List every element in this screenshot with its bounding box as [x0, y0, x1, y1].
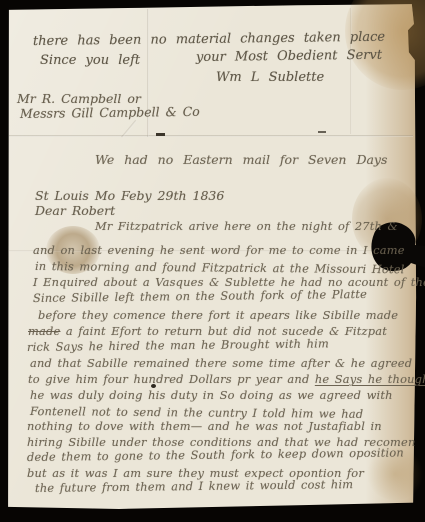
body-line: before they comence there fort it apears…: [38, 308, 398, 322]
struck-word: made: [28, 324, 60, 338]
body-line: nothing to dove with them— and he was no…: [27, 419, 382, 433]
body-line-with-strikeout: made a faint Efort to return but did not…: [28, 324, 387, 338]
fold-crease-vertical-right: [350, 8, 352, 134]
salutation: Dear Robert: [35, 203, 115, 218]
crease-tick-mark-left: [156, 133, 165, 136]
scanned-letter-photo: there has been no material changes taken…: [0, 0, 425, 522]
dateline: St Louis Mo Feby 29th 1836: [35, 188, 224, 203]
body-line-text: to give him four hundred Dollars pr year…: [28, 372, 315, 386]
body-line: he was duly doing his duty in So doing a…: [30, 388, 393, 402]
postscript-line-2: Since you left: [40, 53, 140, 68]
signature: Wm L Sublette: [216, 70, 324, 85]
underlined-phrase: he Says he thought: [315, 372, 425, 386]
body-line-with-underline: to give him four hundred Dollars pr year…: [28, 372, 425, 386]
body-line: Mr Fitzpatrick arive here on the night o…: [95, 219, 398, 233]
address-line-2: Messrs Gill Campbell & Co: [20, 104, 200, 121]
crease-tick-mark-right: [318, 131, 326, 133]
body-line: and on last evening he sent word for me …: [33, 243, 405, 257]
body-line: and that Sabille remained there some tim…: [30, 356, 412, 370]
fold-crease-horizontal: [9, 135, 413, 137]
closing-phrase: your Most Obedient Servt: [196, 48, 382, 65]
mail-note-line: We had no Eastern mail for Seven Days: [95, 152, 387, 167]
body-line-text: a faint Efort to return but did not suce…: [66, 324, 387, 338]
